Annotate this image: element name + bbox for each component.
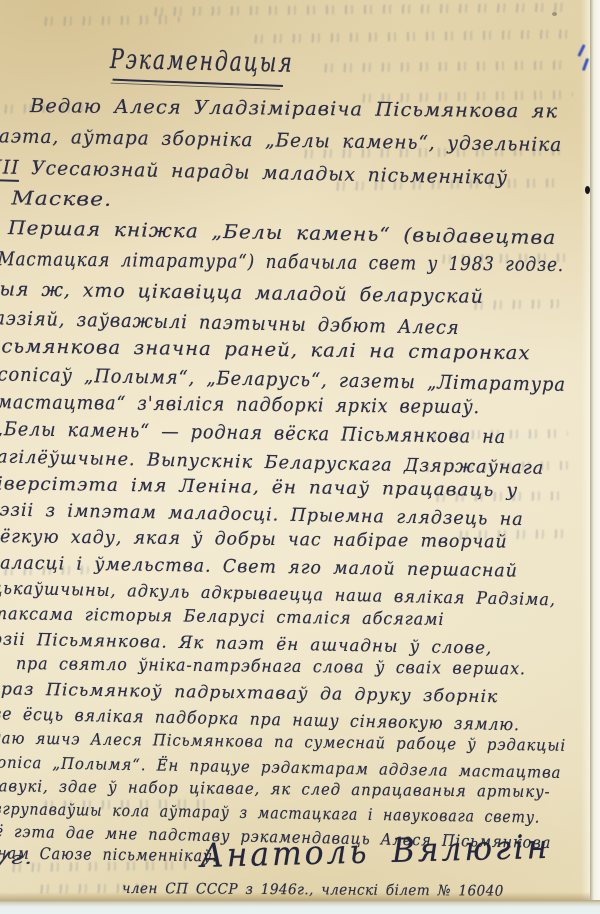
date-fragment: /г.	[0, 849, 34, 869]
bleed-through-line	[150, 3, 570, 16]
page-title: Рэкамендацыя	[110, 44, 294, 79]
manuscript-line: паэзіі з імпэтам маладосці. Прыемна гляд…	[0, 499, 524, 530]
manuscript-line: пра святло ўніка-патрэбнага слова ў сваі…	[16, 654, 526, 679]
manuscript-line: паэзіяй, заўважылі паэтычны дэбют Алеся	[0, 307, 460, 339]
scan-edge-right	[590, 0, 600, 900]
ink-speck	[552, 12, 557, 16]
line-text: Усесаюзнай нарады маладых пісьменнікаў	[19, 157, 508, 189]
manuscript-line: Пісьмянкова значна раней, калі на старон…	[0, 335, 531, 364]
bleed-through-line	[320, 60, 570, 72]
manuscript-line: „Мастацкая літаратура“) пабачыла свет у …	[0, 248, 564, 276]
manuscript-line: лёгкую хаду, якая ў добры час набірае тв…	[0, 526, 508, 552]
manuscript-line: Зараз Пісьмянкоў падрыхтаваў да друку зб…	[0, 679, 498, 707]
scanned-manuscript-page: Рэкамендацыя Ведаю Алеся Уладзіміравіча …	[0, 0, 600, 914]
manuscript-line: паэта, аўтара зборніка „Белы камень“, уд…	[0, 125, 562, 156]
bleed-through-line	[470, 299, 570, 310]
manuscript-line: VIII Усесаюзнай нарады маладых пісьменні…	[0, 156, 508, 189]
manuscript-line: таксама гісторыя Беларусі сталіся абсяга…	[0, 604, 445, 630]
manuscript-line: сталасці і ўмельства. Свет яго малой пер…	[0, 552, 518, 582]
manuscript-line: у Маскве.	[0, 187, 112, 211]
manuscript-line: часопісаў „Полымя“, „Беларусь“, газеты „…	[0, 363, 566, 396]
credentials-line: член СП СССР з 1946г., членскі білет № 1…	[122, 881, 504, 900]
underlined-text: VIII	[0, 156, 20, 182]
manuscript-line: Ведаю Алеся Уладзіміравіча Пісьмянкова я…	[30, 95, 558, 123]
manuscript-line: і мастацтва“ з'явіліся падборкі яркіх ве…	[0, 391, 480, 418]
manuscript-line: Першая кніжка „Белы камень“ (выдавецтва	[8, 217, 557, 249]
blue-ink-mark	[582, 58, 589, 71]
manuscript-line: ўніверсітэта імя Леніна, ён пачаў працав…	[0, 473, 518, 501]
manuscript-line: „Белы камень“ — родная вёска Пісьмянкова…	[0, 418, 506, 448]
bleed-through-line	[40, 15, 180, 26]
signature-anatol-vialiuhin: Анатоль Вялюгін	[199, 827, 550, 875]
manuscript-paper: Рэкамендацыя Ведаю Алеся Уладзіміравіча …	[0, 0, 590, 900]
blue-ink-mark	[577, 44, 585, 57]
manuscript-line: Тыя ж, хто цікавіцца маладой беларускай	[0, 278, 484, 308]
scan-edge-bottom	[0, 900, 600, 914]
bleed-through-line	[250, 29, 570, 43]
